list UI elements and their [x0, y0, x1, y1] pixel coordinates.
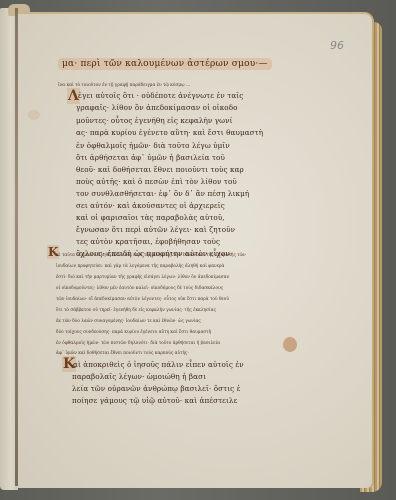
text-line: θεοῦ· καὶ δοθήσεται ἔθνει ποιοῦντι τοὺς … — [76, 165, 244, 174]
text-line: οἱ οἰκοδομοῦντες· λίθον μὲν ἑαυτὸν καλεῖ… — [56, 285, 223, 290]
text-line: τον συνθλασθήσεται· ἐφ᾽ ὃν δ᾽ ἂν πέσῃ λι… — [76, 189, 249, 198]
text-line: τῶν ἰουδαίων· οἳ ἀπεδοκίμασαν αὐτὸν λέγο… — [56, 296, 229, 301]
text-line: αὶ ἀποκριθεὶς ὁ ἰησοῦς πάλιν εἶπεν αὐτοῖ… — [73, 360, 244, 369]
text-line: λεία τῶν οὐρανῶν ἀνθρώπῳ βασιλεῖ· ὅστις … — [72, 384, 241, 393]
text-line: ἐκ τῶν δύο λαῶν συναγομένης· ἰουδαίων τε… — [56, 318, 201, 323]
binding-gutter — [15, 8, 18, 486]
text-line: καὶ οἱ φαρισαῖοι τὰς παραβολὰς αὐτοῦ, — [76, 213, 225, 222]
marginal-line: ἵνα καὶ τὸ τοιοῦτον ἐν τῇ γραφῇ παράδειγ… — [58, 82, 190, 87]
text-line: ὅτι τὸ σάββατον οὐ τηρεῖ· ἐγενήθη δὲ εἰς… — [56, 307, 216, 312]
text-line: ἐστὶ· διὸ καὶ τὴν μαρτυρίαν τῆς γραφῆς ε… — [56, 274, 229, 279]
text-line: παραβολαῖς λέγων· ὡμοιώθη ἡ βασι — [72, 372, 206, 381]
text-line: ποὺς αὐτῆς· καὶ ὁ πεσὼν ἐπὶ τὸν λίθον το… — [76, 177, 237, 186]
text-line: ἐν ὀφθαλμοῖς ἡμῶν· διὰ τοῦτο λέγω ὑμῖν — [76, 141, 230, 150]
text-line: αὶ ταῦτα οὐ μόνον ἀληθῆ ἀλλὰ καὶ περὶ τῆ… — [56, 252, 246, 257]
text-line: ὅτι ἀρθήσεται ἀφ᾽ ὑμῶν ἡ βασιλεία τοῦ — [76, 153, 225, 162]
stain — [28, 110, 40, 120]
text-line: γραφαῖς· λίθον ὃν ἀπεδοκίμασαν οἱ οἰκοδο — [76, 103, 238, 112]
section-heading: μα· περὶ τῶν καλουμένων ἀστέρων σμου·— — [58, 58, 272, 70]
text-line: ἐγει αὐτοῖς ὅτι · οὐδέποτε ἀνέγνωτε ἐν τ… — [78, 91, 243, 100]
text-line: τες αὐτὸν κρατῆσαι, ἐφοβήθησαν τοὺς — [76, 237, 220, 246]
text-line: σει αὐτόν· καὶ ἀκούσαντες οἱ ἀρχιερεῖς — [76, 201, 225, 210]
text-line: ἰουδαίων προφητεύει· καὶ γὰρ τὰ λεγόμενα… — [56, 263, 224, 268]
text-line: δύο τοίχους συνδεούσης· παρὰ κυρίου ἐγέν… — [56, 329, 211, 334]
text-line: ας· παρὰ κυρίου ἐγένετο αὕτη· καὶ ἔστι θ… — [76, 128, 263, 137]
text-line: ἐν ὀφθαλμοῖς ἡμῶν· τῶν πιστῶν δηλονότι· … — [56, 340, 220, 345]
text-line: ποίησε γάμους τῷ υἱῷ αὐτοῦ· καὶ ἀπέστειλ… — [72, 396, 237, 405]
text-line: ἔγνωσαν ὅτι περὶ αὐτῶν λέγει· καὶ ζητοῦν — [76, 225, 235, 234]
text-line: ἀφ᾽ ὑμῶν καὶ δοθήσεται ἔθνει ποιοῦντι το… — [56, 350, 189, 355]
folio-number: 96 — [330, 39, 344, 52]
stain — [283, 337, 297, 352]
text-line: μοῦντες· οὗτος ἐγενήθη εἰς κεφαλὴν γωνί — [76, 116, 233, 125]
